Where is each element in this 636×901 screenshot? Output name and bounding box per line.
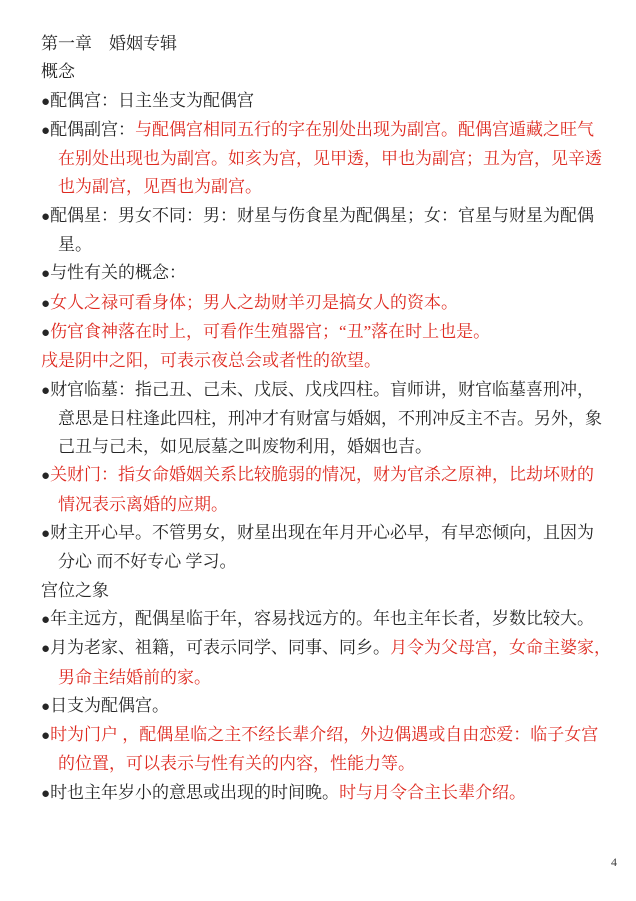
text-line: ●月为老家、祖籍，可表示同学、同事、同乡。月令为父母宫，女命主婆家， xyxy=(41,634,607,663)
text-segment: 配偶星：男女不同：男：财星与伤食星为配偶星；女：官星与财星为配偶 xyxy=(50,206,594,225)
text-segment: 年主远方，配偶星临于年，容易找远方的。年也主年长者，岁数比较大。 xyxy=(50,609,594,628)
text-segment: 月为老家、祖籍，可表示同学、同事、同乡。 xyxy=(50,638,390,657)
text-segment: 的位置，可以表示与性有关的内容，性能力等。 xyxy=(58,754,415,773)
text-segment: 女人之禄可看身体；男人之劫财羊刃是搞女人的资本。 xyxy=(50,293,458,312)
text-line: ●财官临墓：指己丑、己未、戊辰、戊戌四柱。盲师讲，财官临墓喜刑冲， xyxy=(41,376,607,405)
bullet-icon: ● xyxy=(41,526,50,542)
bullet-icon: ● xyxy=(41,209,50,225)
text-line: ●与性有关的概念： xyxy=(41,259,607,288)
text-line: ●配偶宫：日主坐支为配偶宫 xyxy=(41,87,607,116)
text-segment: 分心 而不好专心 学习。 xyxy=(58,552,237,571)
bullet-icon: ● xyxy=(41,468,50,484)
bullet-icon: ● xyxy=(41,383,50,399)
paragraph-list: 概念●配偶宫：日主坐支为配偶宫●配偶副宫：与配偶宫相同五行的字在别处出现为副宫。… xyxy=(41,58,607,808)
text-segment: 时也主年岁小的意思或出现的时间晚。 xyxy=(50,783,339,802)
text-segment: 时与月令合主长辈介绍。 xyxy=(339,783,526,802)
text-line: 星。 xyxy=(41,231,607,259)
text-segment: 月令为父母宫，女命主婆家， xyxy=(390,638,611,657)
text-segment: 在别处出现也为副宫。如亥为宫，见甲透，甲也为副宫；丑为宫，见辛透 xyxy=(58,149,602,168)
bullet-icon: ● xyxy=(41,296,50,312)
document-body: 第一章 婚姻专辑 概念●配偶宫：日主坐支为配偶宫●配偶副宫：与配偶宫相同五行的字… xyxy=(41,30,607,808)
text-line: ●女人之禄可看身体；男人之劫财羊刃是搞女人的资本。 xyxy=(41,289,607,318)
text-line: 男命主结婚前的家。 xyxy=(41,664,607,692)
text-segment: 时为门户 ，配偶星临之主不经长辈介绍，外边偶遇或自由恋爱：临子女宫 xyxy=(50,725,598,744)
text-line: ●财主开心早。不管男女，财星出现在年月开心必早，有早恋倾向，且因为 xyxy=(41,519,607,548)
bullet-icon: ● xyxy=(41,266,50,282)
text-line: ●配偶副宫：与配偶宫相同五行的字在别处出现为副宫。配偶宫遁藏之旺气 xyxy=(41,116,607,145)
text-segment: 男命主结婚前的家。 xyxy=(58,668,211,687)
text-line: ●关财门：指女命婚姻关系比较脆弱的情况，财为官杀之原神，比劫坏财的 xyxy=(41,461,607,490)
text-line: ●时为门户 ，配偶星临之主不经长辈介绍，外边偶遇或自由恋爱：临子女宫 xyxy=(41,721,607,750)
text-segment: 己丑与己未，如见辰墓之叫废物利用，婚姻也吉。 xyxy=(58,437,432,456)
text-segment: 概念 xyxy=(41,62,75,81)
bullet-icon: ● xyxy=(41,728,50,744)
text-line: 的位置，可以表示与性有关的内容，性能力等。 xyxy=(41,750,607,778)
text-line: ●年主远方，配偶星临于年，容易找远方的。年也主年长者，岁数比较大。 xyxy=(41,605,607,634)
text-line: 戌是阴中之阳，可表示夜总会或者性的欲望。 xyxy=(41,347,607,375)
text-segment: 宫位之象 xyxy=(41,581,109,600)
bullet-icon: ● xyxy=(41,641,50,657)
bullet-icon: ● xyxy=(41,786,50,802)
text-segment: 配偶宫：日主坐支为配偶宫 xyxy=(50,91,254,110)
text-line: 在别处出现也为副宫。如亥为宫，见甲透，甲也为副宫；丑为宫，见辛透 xyxy=(41,145,607,173)
text-line: 宫位之象 xyxy=(41,577,607,605)
text-segment: 伤官食神落在时上，可看作生殖器官；“丑”落在时上也是。 xyxy=(50,322,490,341)
text-segment: 也为副宫，见酉也为副宫。 xyxy=(58,177,262,196)
text-segment: 与配偶宫相同五行的字在别处出现为副宫。配偶宫遁藏之旺气 xyxy=(135,120,594,139)
text-line: ●伤官食神落在时上，可看作生殖器官；“丑”落在时上也是。 xyxy=(41,318,607,347)
text-line: 己丑与己未，如见辰墓之叫废物利用，婚姻也吉。 xyxy=(41,433,607,461)
text-line: 概念 xyxy=(41,58,607,86)
bullet-icon: ● xyxy=(41,94,50,110)
text-segment: 情况表示离婚的应期。 xyxy=(58,495,228,514)
text-segment: 配偶副宫： xyxy=(50,120,135,139)
text-segment: 戌是阴中之阳，可表示夜总会或者性的欲望。 xyxy=(41,351,381,370)
text-line: ●日支为配偶宫。 xyxy=(41,692,607,721)
text-segment: 关财门：指女命婚姻关系比较脆弱的情况，财为官杀之原神，比劫坏财的 xyxy=(50,465,594,484)
document-page: 第一章 婚姻专辑 概念●配偶宫：日主坐支为配偶宫●配偶副宫：与配偶宫相同五行的字… xyxy=(0,0,636,901)
text-line: 也为副宫，见酉也为副宫。 xyxy=(41,173,607,201)
text-line: 情况表示离婚的应期。 xyxy=(41,491,607,519)
text-line: ●时也主年岁小的意思或出现的时间晚。时与月令合主长辈介绍。 xyxy=(41,779,607,808)
text-line: 意思是日柱逢此四柱，刑冲才有财富与婚姻，不刑冲反主不吉。另外，象 xyxy=(41,405,607,433)
text-segment: 星。 xyxy=(58,235,92,254)
document-title: 第一章 婚姻专辑 xyxy=(41,30,607,58)
bullet-icon: ● xyxy=(41,699,50,715)
text-segment: 财官临墓：指己丑、己未、戊辰、戊戌四柱。盲师讲，财官临墓喜刑冲， xyxy=(50,380,594,399)
text-line: 分心 而不好专心 学习。 xyxy=(41,548,607,576)
text-segment: 日支为配偶宫。 xyxy=(50,696,169,715)
text-segment: 财主开心早。不管男女，财星出现在年月开心必早，有早恋倾向，且因为 xyxy=(50,523,594,542)
bullet-icon: ● xyxy=(41,123,50,139)
bullet-icon: ● xyxy=(41,325,50,341)
page-number: 4 xyxy=(611,855,617,870)
bullet-icon: ● xyxy=(41,612,50,628)
text-line: ●配偶星：男女不同：男：财星与伤食星为配偶星；女：官星与财星为配偶 xyxy=(41,202,607,231)
text-segment: 与性有关的概念： xyxy=(50,263,186,282)
text-segment: 意思是日柱逢此四柱，刑冲才有财富与婚姻，不刑冲反主不吉。另外，象 xyxy=(58,409,602,428)
